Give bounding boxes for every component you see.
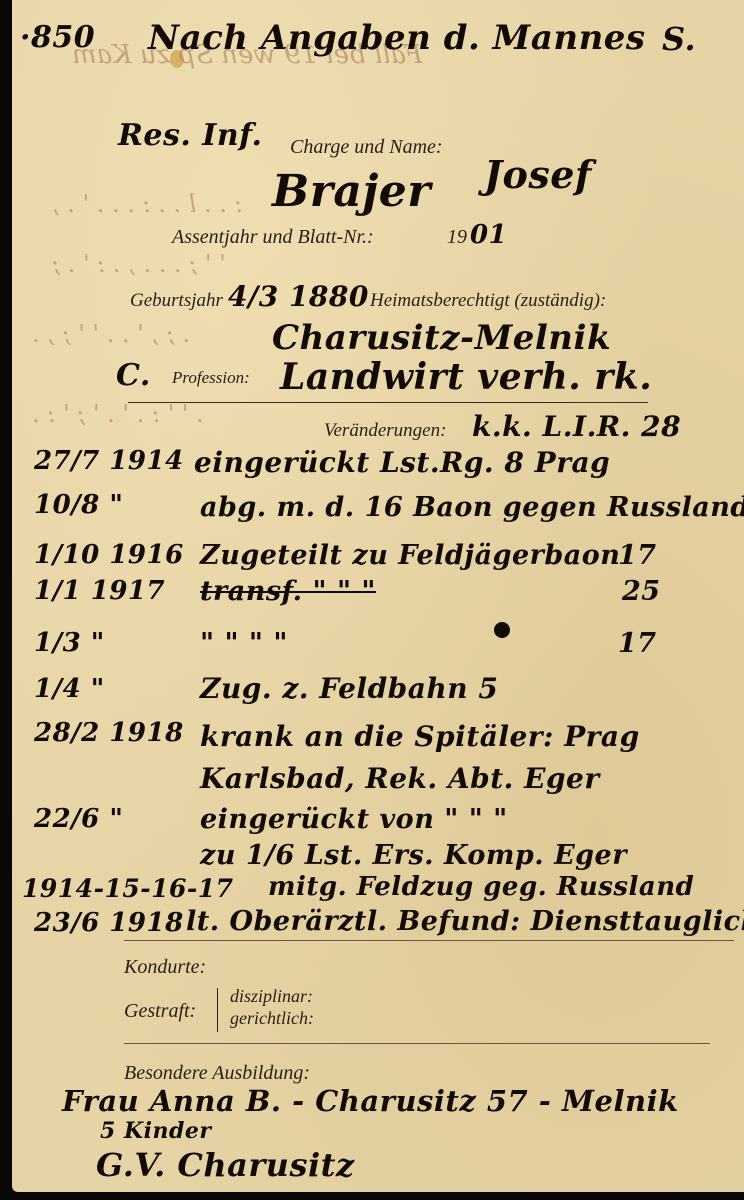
geburtsjahr-label: Geburtsjahr [130,290,223,312]
card-number: ·850 [20,20,95,55]
bleed-through-text: . ' ' : . ' . ' ; ' : . [32,400,204,428]
assentjahr-value: 01 [470,220,507,250]
entry-text: krank an die Spitäler: Prag [200,720,640,753]
entry-text: abg. m. d. 16 Baon gegen Russland [200,492,744,523]
profession-value: Landwirt verh. rk. [280,356,652,398]
assentjahr-label: Assentjahr und Blatt-Nr.: [172,226,374,249]
gestraft-label: Gestraft: [124,1000,196,1023]
heimat-label: Heimatsberechtigt (zuständig): [370,290,606,312]
entry-number: 25 [622,576,661,607]
profession-prefix: C. [116,358,151,393]
header-note: Nach Angaben d. Mannes [148,18,646,58]
disziplinar-label: disziplinar: [230,986,313,1007]
entry-number: 17 [618,628,657,659]
unit-value: Res. Inf. [118,118,262,153]
entry-text: eingerückt Lst.Rg. 8 Prag [194,446,610,479]
divider-line [124,940,734,941]
entry-date: 1914-15-16-17 [22,874,234,903]
firstname-value: Josef [484,152,592,197]
entry-date: 22/6 " [34,804,123,834]
brace-symbol [217,988,218,1032]
gerichtlich-label: gerichtlich: [230,1008,314,1029]
footer-note: 5 Kinder [100,1118,211,1144]
entry-date: 28/2 1918 [34,718,184,748]
konduite-label: Kondurte: [124,956,206,979]
entry-text: " " " " [200,628,288,659]
ink-blot [494,622,510,638]
veraenderungen-label: Veränderungen: [324,420,446,442]
entry-text: lt. Oberärztl. Befund: Diensttauglich [186,906,744,937]
entry-text: mitg. Feldzug geg. Russland [268,872,694,902]
entry-date: 27/7 1914 [34,446,184,476]
bleed-through-text: ' ' ; . . . , . : ' . ; [52,250,226,278]
surname-value: Brajer [272,166,431,217]
divider-line [128,402,648,403]
assentjahr-prefix: 19 [447,226,467,249]
divider-line [124,1043,710,1044]
entry-text: eingerückt von " " " [200,804,508,835]
entry-date: 1/10 1916 [34,540,184,570]
entry-text: transf. " " " [200,576,376,607]
bleed-through-text: : . . l . . : . . . ' . , [52,190,243,218]
entry-text: Zug. z. Feldbahn 5 [200,672,498,705]
header-mark: S. [662,20,696,58]
entry-text: Zugeteilt zu Feldjägerbaon [200,540,620,571]
entry-number: 17 [618,540,657,571]
entry-text: zu 1/6 Lst. Ers. Komp. Eger [200,840,627,871]
veraenderungen-value: k.k. L.I.R. 28 [472,410,681,443]
bleed-through-text: . ; , ' . . ' ' ; , . [32,320,190,348]
footer-note: G.V. Charusitz [96,1146,355,1184]
entry-date: 23/6 1918 [34,908,184,938]
entry-text: Karlsbad, Rek. Abt. Eger [200,762,600,795]
ausbildung-label: Besondere Ausbildung: [124,1062,310,1085]
footer-note: Frau Anna B. - Charusitz 57 - Melnik [62,1084,679,1118]
heimat-value: Charusitz-Melnik [272,318,611,358]
entry-date: 1/4 " [34,674,105,704]
entry-date: 10/8 " [34,490,123,520]
geburtsjahr-value: 4/3 1880 [228,280,369,313]
charge-name-label: Charge und Name: [290,136,443,159]
military-record-card: Fall bei 19 wen Sp zu Kam : . . l . . : … [12,0,744,1192]
entry-date: 1/3 " [34,628,105,658]
profession-label: Profession: [172,368,250,388]
entry-date: 1/1 1917 [34,576,165,606]
